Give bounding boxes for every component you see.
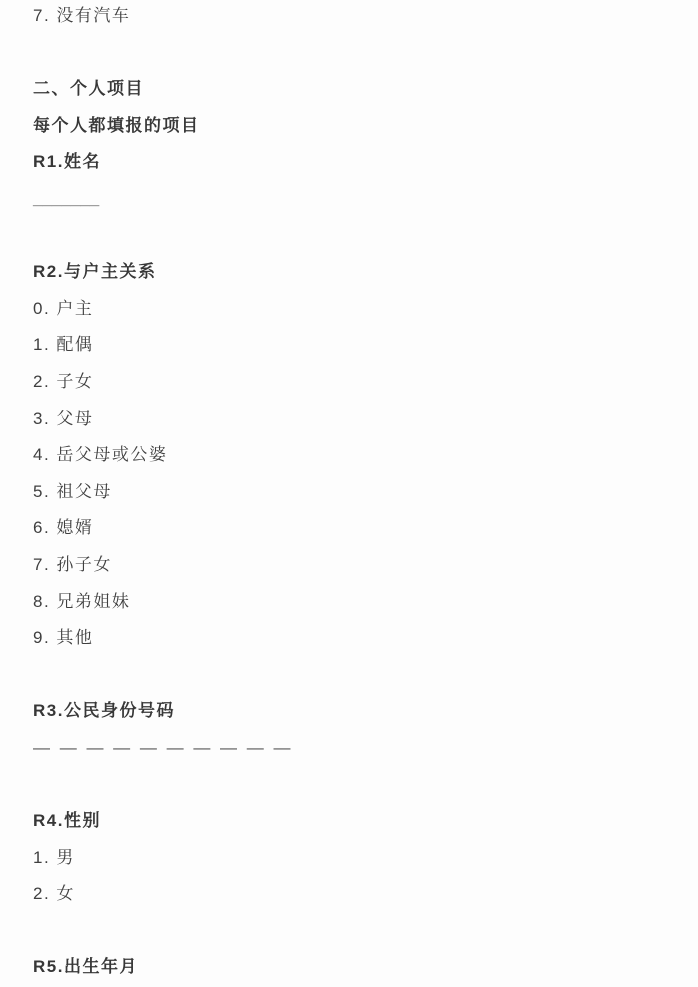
answer-option: 7. 孙子女 [33,547,678,584]
answer-option: 1. 配偶 [33,327,678,364]
blank-line [33,35,678,72]
answer-option: 8. 兄弟姐妹 [33,584,678,621]
answer-option: 6. 媳婿 [33,510,678,547]
section-heading: 二、个人项目 [33,71,678,108]
section-subheading: 每个人都填报的项目 [33,108,678,145]
answer-option: 1. 男 [33,840,678,877]
blank-line [33,913,678,950]
answer-option: 2. 子女 [33,364,678,401]
blank-line [33,657,678,694]
question-label-r1: R1.姓名 [33,144,678,181]
blank-line [33,218,678,255]
document-body: 7. 没有汽车 二、个人项目 每个人都填报的项目 R1.姓名 _______ R… [33,0,678,986]
answer-option: 3. 父母 [33,401,678,438]
question-label-r4: R4.性别 [33,803,678,840]
answer-option: 2. 女 [33,876,678,913]
document-page: 7. 没有汽车 二、个人项目 每个人都填报的项目 R1.姓名 _______ R… [0,0,698,987]
answer-option: 9. 其他 [33,620,678,657]
name-fill-in-blank: _______ [33,181,678,218]
question-label-r2: R2.与户主关系 [33,254,678,291]
blank-line [33,766,678,803]
answer-option: 5. 祖父母 [33,474,678,511]
answer-option: 7. 没有汽车 [33,0,678,35]
id-number-fill-in-blank: — — — — — — — — — — [33,730,678,767]
question-label-r3: R3.公民身份号码 [33,693,678,730]
answer-option: 0. 户主 [33,291,678,328]
answer-option: 4. 岳父母或公婆 [33,437,678,474]
question-label-r5: R5.出生年月 [33,949,678,986]
